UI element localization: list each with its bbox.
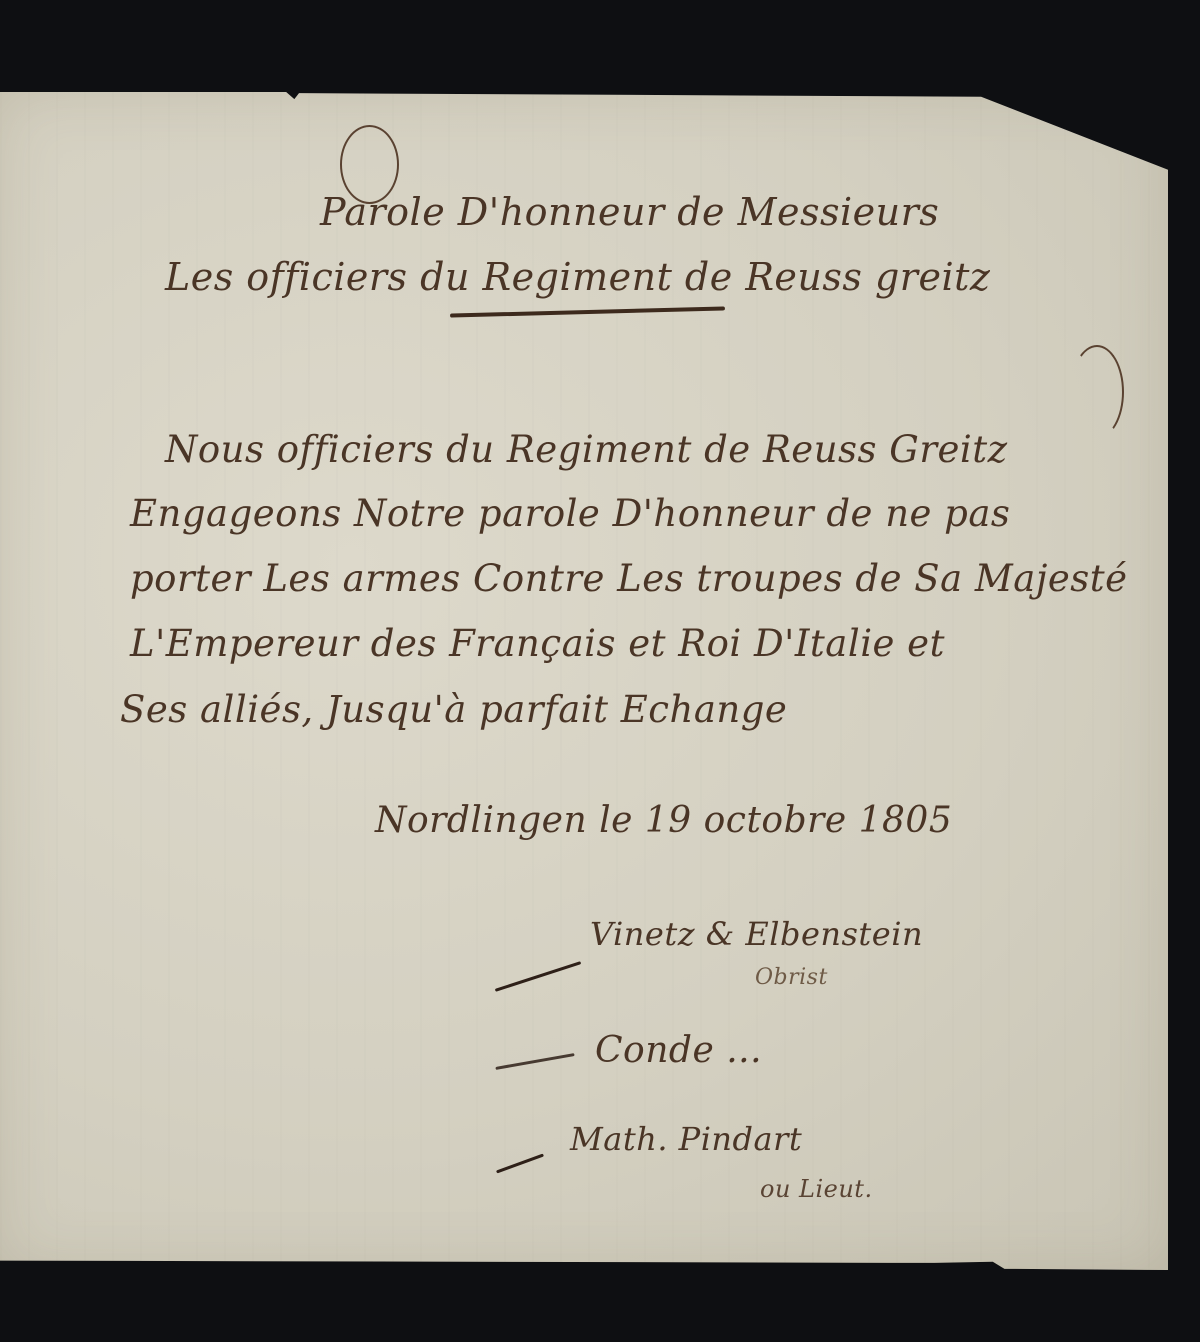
- body-line-4: L'Empereur des Français et Roi D'Italie …: [130, 622, 945, 665]
- heading-line-1: Parole D'honneur de Messieurs: [320, 190, 939, 234]
- signature-1-title: Obrist: [755, 965, 828, 990]
- signature-3-name: Math. Pindart: [570, 1120, 802, 1158]
- heading-line-2: Les officiers du Regiment de Reuss greit…: [165, 255, 990, 299]
- signature-1-name: Vinetz & Elbenstein: [590, 915, 923, 953]
- body-line-2: Engageons Notre parole D'honneur de ne p…: [130, 492, 1010, 535]
- body-line-3: porter Les armes Contre Les troupes de S…: [130, 557, 1127, 600]
- side-flourish: [1070, 345, 1124, 439]
- initial-flourish: [340, 125, 399, 204]
- body-line-5: Ses alliés, Jusqu'à parfait Echange: [120, 688, 787, 731]
- body-line-1: Nous officiers du Regiment de Reuss Grei…: [165, 428, 1008, 471]
- signature-2-name: Conde ...: [595, 1030, 762, 1071]
- dateline: Nordlingen le 19 octobre 1805: [375, 800, 952, 841]
- signature-3-title: ou Lieut.: [760, 1175, 873, 1203]
